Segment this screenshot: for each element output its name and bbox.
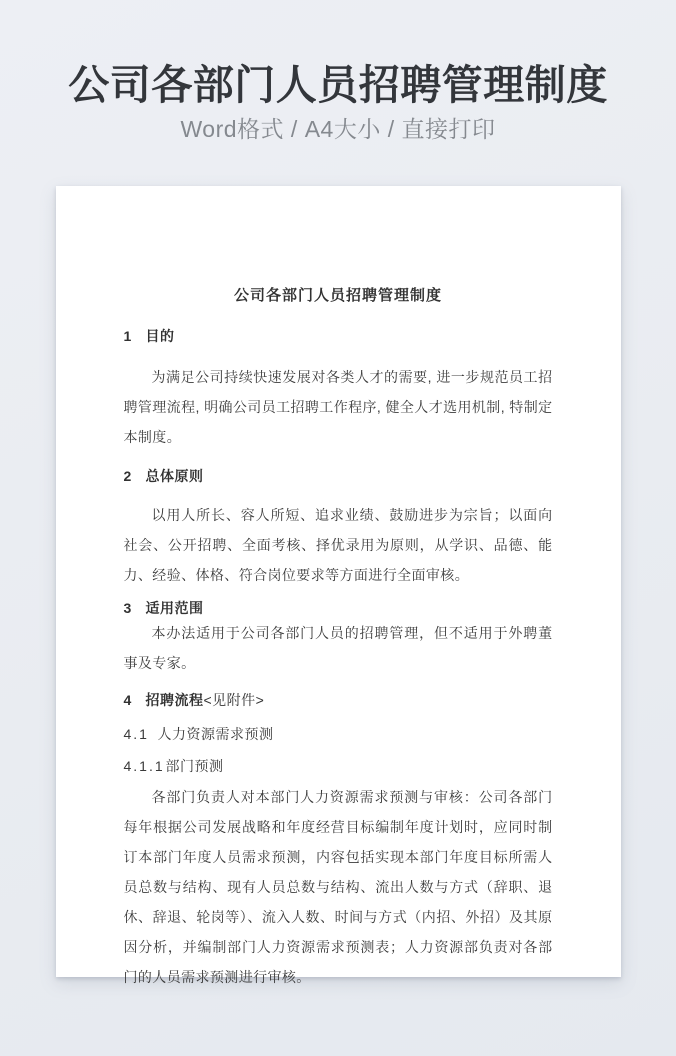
section-paragraph: 本办法适用于公司各部门人员的招聘管理，但不适用于外聘董事及专家。 bbox=[124, 618, 553, 678]
section-title: 适用范围 bbox=[146, 600, 204, 616]
section-number: 4.1.1 bbox=[124, 756, 166, 776]
section-number: 4 bbox=[124, 690, 146, 710]
document-title: 公司各部门人员招聘管理制度 bbox=[124, 286, 553, 306]
section-title: 人力资源需求预测 bbox=[158, 726, 274, 742]
document-page: 公司各部门人员招聘管理制度 1目的 为满足公司持续快速发展对各类人才的需要, 进… bbox=[56, 186, 621, 977]
section-paragraph: 以用人所长、容人所短、追求业绩、鼓励进步为宗旨；以面向社会、公开招聘、全面考核、… bbox=[124, 500, 553, 590]
section-title: 部门预测 bbox=[166, 758, 224, 774]
hero-banner: 公司各部门人员招聘管理制度 Word格式 / A4大小 / 直接打印 bbox=[0, 0, 676, 144]
section-title: 招聘流程 bbox=[146, 692, 204, 708]
section-number: 2 bbox=[124, 466, 146, 486]
hero-subtitle: Word格式 / A4大小 / 直接打印 bbox=[0, 114, 676, 144]
section-heading-4-1: 4.1人力资源需求预测 bbox=[124, 724, 553, 744]
section-title: 总体原则 bbox=[146, 468, 204, 484]
hero-title: 公司各部门人员招聘管理制度 bbox=[0, 60, 676, 110]
section-heading-4: 4招聘流程<见附件> bbox=[124, 690, 553, 710]
section-number: 3 bbox=[124, 598, 146, 618]
section-heading-2: 2总体原则 bbox=[124, 466, 553, 486]
section-number: 1 bbox=[124, 326, 146, 346]
section-heading-1: 1目的 bbox=[124, 326, 553, 346]
section-heading-4-1-1: 4.1.1部门预测 bbox=[124, 756, 553, 776]
section-heading-3: 3适用范围 bbox=[124, 598, 553, 618]
section-title: 目的 bbox=[146, 328, 175, 344]
section-title-suffix: <见附件> bbox=[204, 692, 265, 708]
section-number: 4.1 bbox=[124, 724, 158, 744]
section-paragraph: 各部门负责人对本部门人力资源需求预测与审核：公司各部门每年根据公司发展战略和年度… bbox=[124, 782, 553, 992]
section-paragraph: 为满足公司持续快速发展对各类人才的需要, 进一步规范员工招聘管理流程, 明确公司… bbox=[124, 362, 553, 452]
